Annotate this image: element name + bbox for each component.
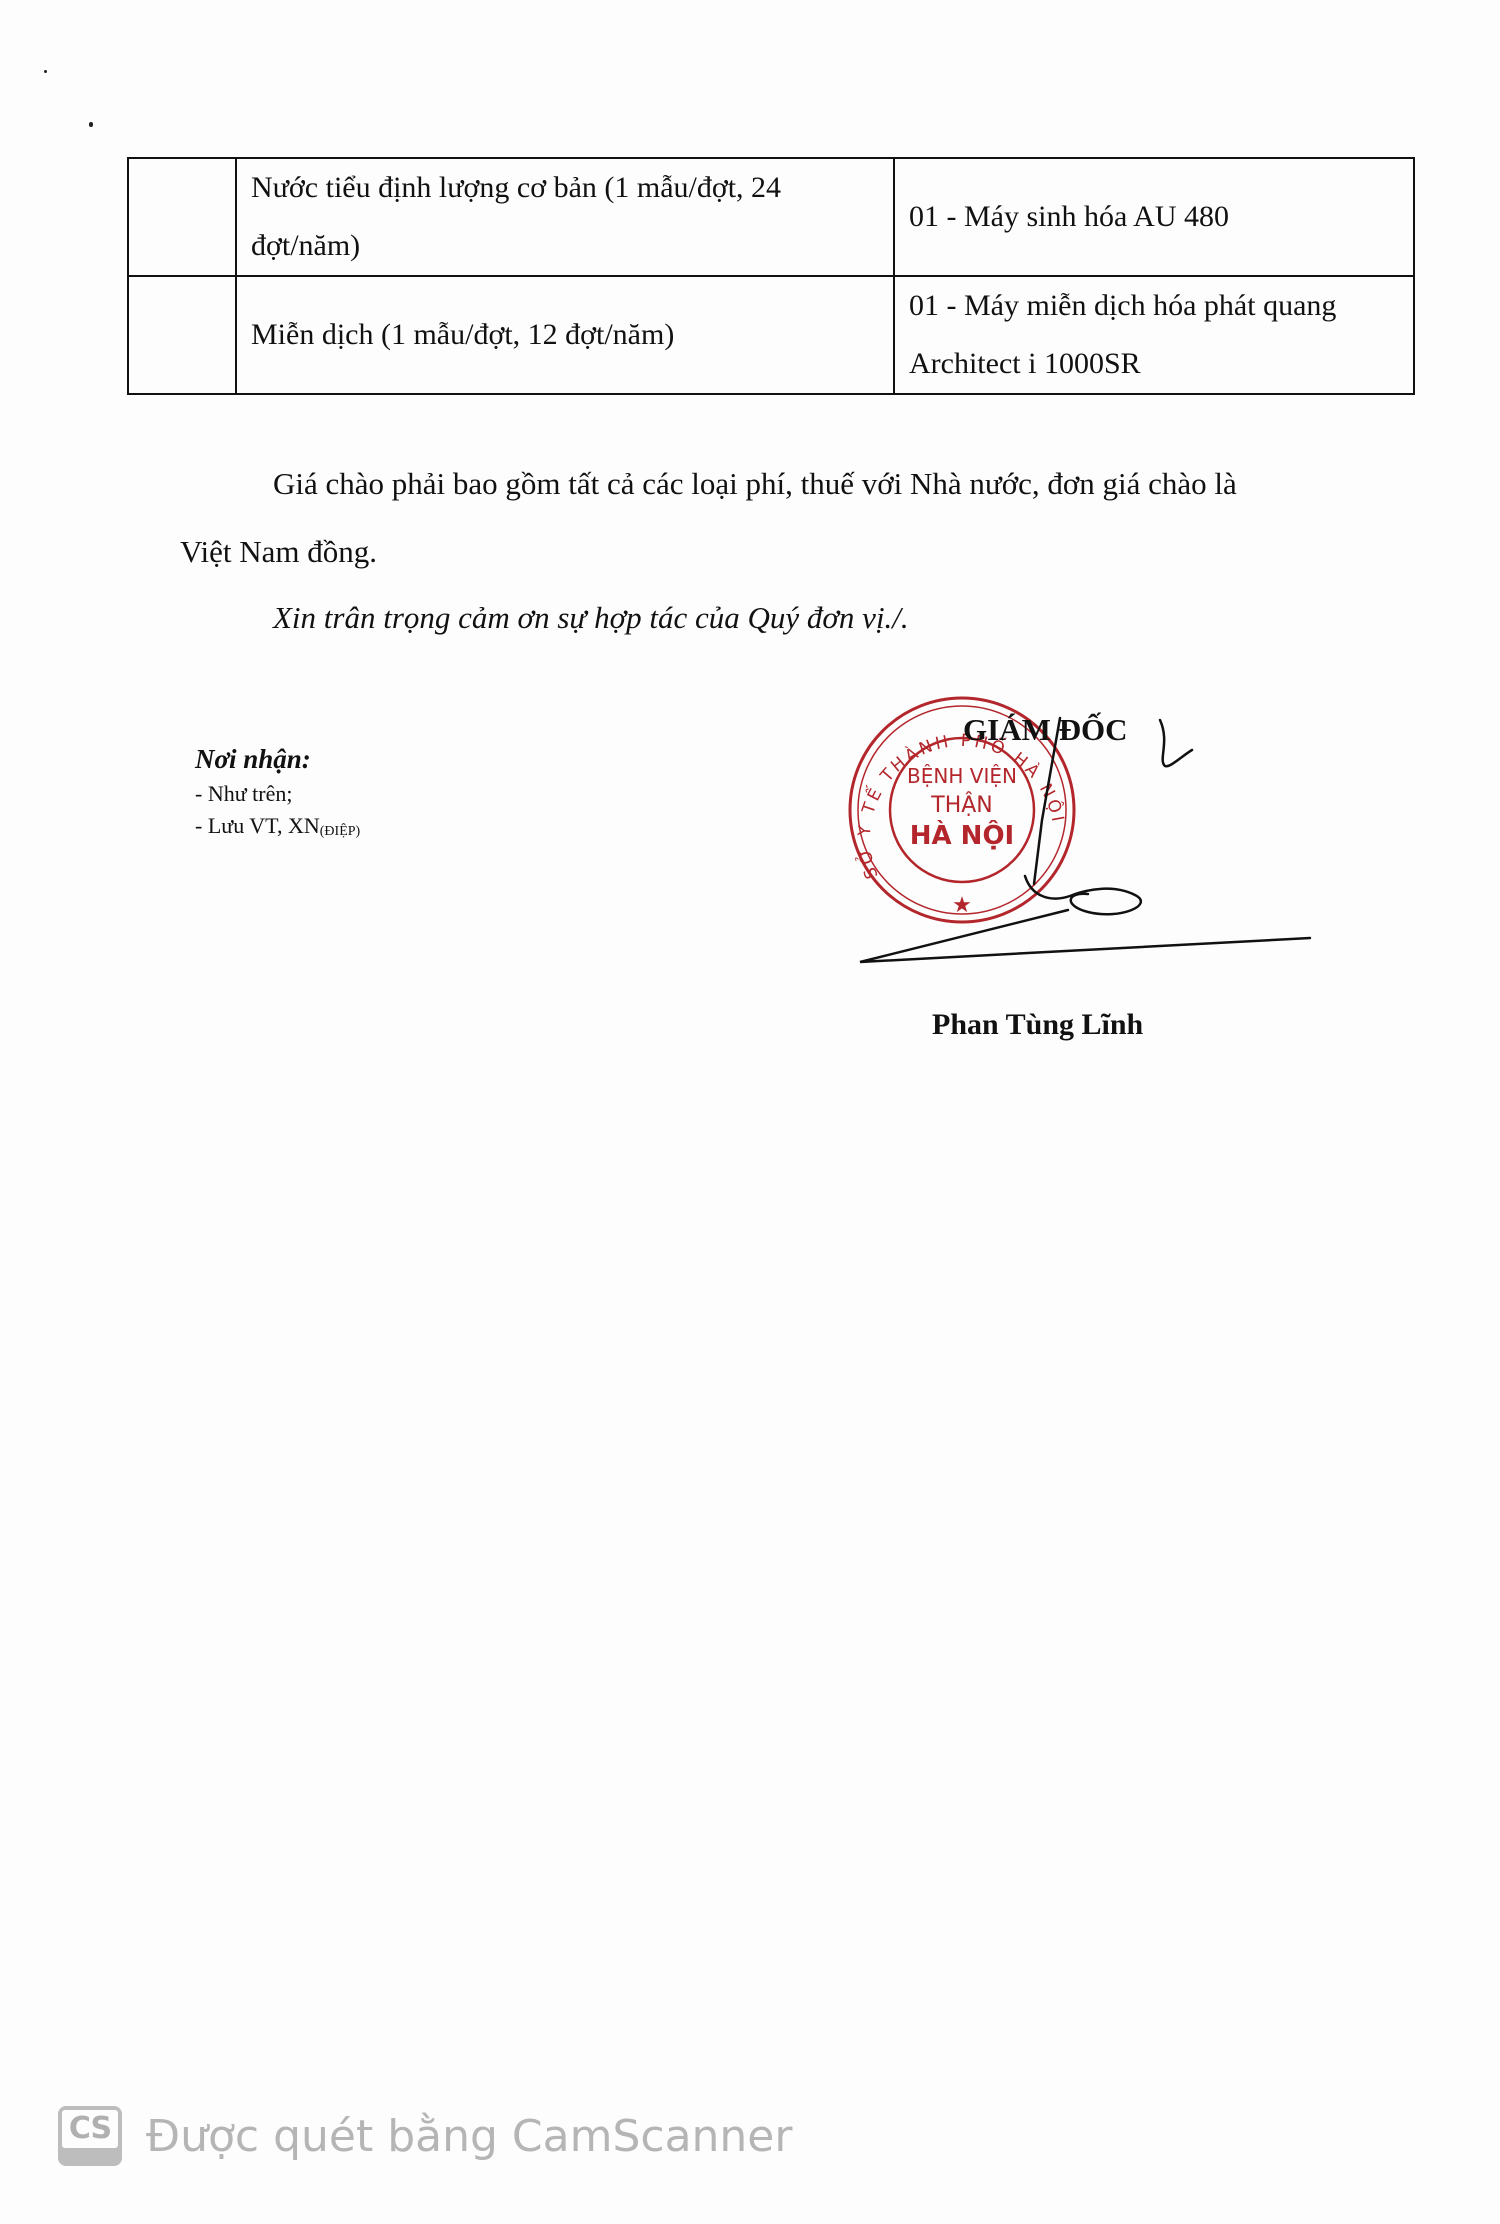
recipient-item: - Lưu VT, XN(ĐIỆP)	[195, 813, 360, 840]
camscanner-logo-icon: CS	[58, 2106, 122, 2166]
recipients-block: Nơi nhận: - Như trên; - Lưu VT, XN(ĐIỆP)	[195, 744, 360, 840]
thanks-line: Xin trân trọng cảm ơn sự hợp tác của Quý…	[273, 600, 909, 636]
scan-speck	[89, 122, 93, 127]
recipient-item: - Như trên;	[195, 781, 360, 807]
scan-speck	[44, 70, 47, 73]
table-cell-index	[128, 276, 236, 394]
price-note-line2: Việt Nam đồng.	[180, 534, 377, 570]
table-cell-test: Nước tiểu định lượng cơ bản (1 mẫu/đợt, …	[236, 158, 894, 276]
svg-text:THẬN: THẬN	[930, 792, 993, 818]
recipient-item-sub: (ĐIỆP)	[320, 824, 360, 839]
table-cell-equipment: 01 - Máy sinh hóa AU 480	[894, 158, 1414, 276]
table-row: Nước tiểu định lượng cơ bản (1 mẫu/đợt, …	[128, 158, 1414, 276]
table-cell-test: Miễn dịch (1 mẫu/đợt, 12 đợt/năm)	[236, 276, 894, 394]
recipients-title: Nơi nhận:	[195, 744, 360, 775]
equipment-table: Nước tiểu định lượng cơ bản (1 mẫu/đợt, …	[127, 157, 1415, 395]
recipient-item-text: - Lưu VT, XN	[195, 813, 320, 838]
table-cell-equipment: 01 - Máy miễn dịch hóa phát quang Archit…	[894, 276, 1414, 394]
svg-text:HÀ NỘI: HÀ NỘI	[910, 819, 1014, 851]
table-row: Miễn dịch (1 mẫu/đợt, 12 đợt/năm) 01 - M…	[128, 276, 1414, 394]
recipient-item-text: - Như trên;	[195, 781, 292, 806]
svg-text:BỆNH VIỆN: BỆNH VIỆN	[907, 764, 1017, 788]
table-cell-index	[128, 158, 236, 276]
signer-name: Phan Tùng Lĩnh	[932, 1008, 1143, 1042]
signer-position: GIÁM ĐỐC	[963, 712, 1127, 748]
price-note-line1: Giá chào phải bao gồm tất cả các loại ph…	[273, 466, 1237, 502]
camscanner-logo-label: CS	[62, 2110, 118, 2148]
svg-text:★: ★	[952, 892, 972, 917]
watermark-text: Được quét bằng CamScanner	[146, 2111, 792, 2162]
camscanner-watermark: CS Được quét bằng CamScanner	[58, 2106, 792, 2166]
